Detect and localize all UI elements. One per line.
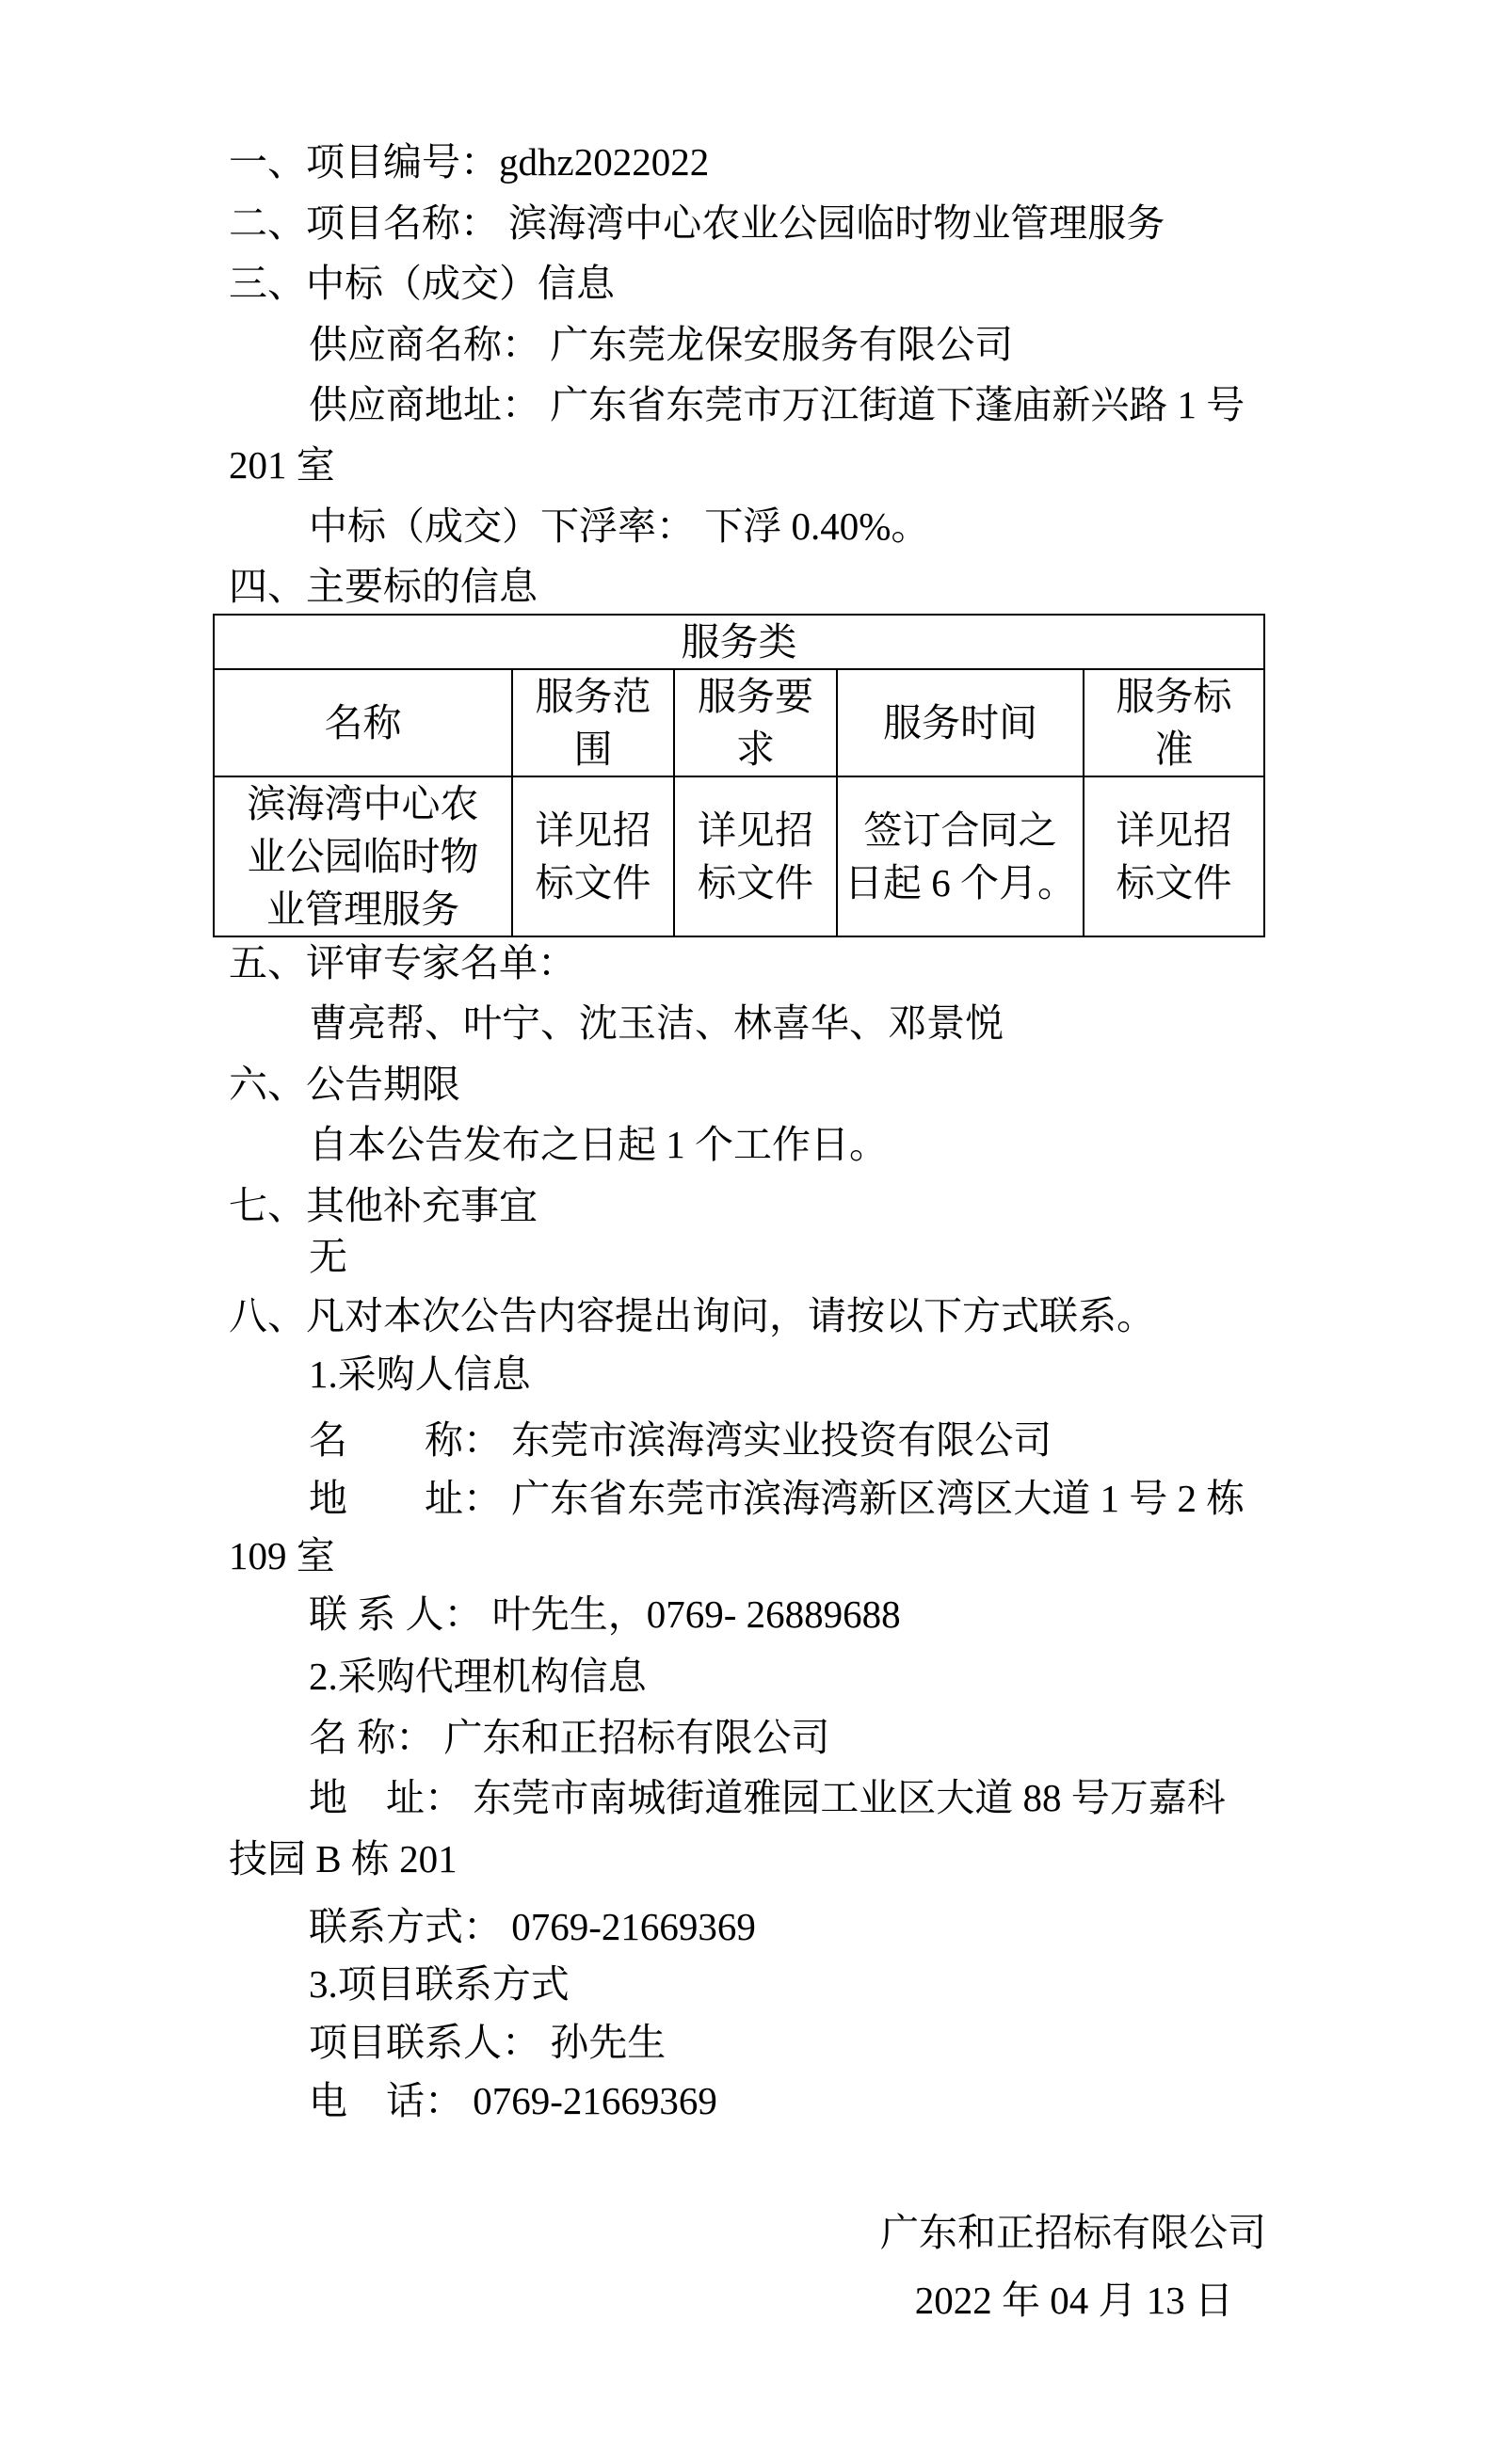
line-purchaser-address: 地 址： 广东省东莞市滨海湾新区湾区大道 1 号 2 栋 <box>309 1468 1245 1528</box>
line-award-info-heading: 三、中标（成交）信息 <box>229 253 615 313</box>
line-contact-intro: 八、凡对本次公告内容提出询问，请按以下方式联系。 <box>229 1286 1155 1346</box>
line-period-heading: 六、公告期限 <box>229 1054 460 1114</box>
col-header-name: 名称 <box>214 669 512 776</box>
line-discount-rate: 中标（成交）下浮率： 下浮 0.40%。 <box>309 496 929 556</box>
line-purchaser-heading: 1.采购人信息 <box>309 1344 531 1404</box>
line-agency-phone: 联系方式： 0769-21669369 <box>309 1896 756 1957</box>
line-agency-name: 名 称： 广东和正招标有限公司 <box>309 1707 830 1768</box>
line-project-number: 一、项目编号：gdhz2022022 <box>229 132 709 192</box>
col-header-scope: 服务范 围 <box>512 669 674 776</box>
footer-company: 广东和正招标有限公司 <box>880 2202 1266 2263</box>
cell-subject-name: 滨海湾中心农 业公园临时物 业管理服务 <box>214 776 512 936</box>
line-subject-info-heading: 四、主要标的信息 <box>229 556 538 616</box>
line-project-contact-person: 项目联系人： 孙先生 <box>309 2012 666 2072</box>
line-other-heading: 七、其他补充事宜 <box>229 1176 538 1236</box>
line-period-text: 自本公告发布之日起 1 个工作日。 <box>309 1114 888 1175</box>
line-purchaser-name: 名 称： 东莞市滨海湾实业投资有限公司 <box>309 1410 1052 1470</box>
col-header-standard: 服务标 准 <box>1084 669 1264 776</box>
line-supplier-name: 供应商名称： 广东莞龙保安服务有限公司 <box>309 314 1013 375</box>
line-other-text: 无 <box>309 1226 347 1287</box>
announcement-page: 一、项目编号：gdhz2022022 二、项目名称： 滨海湾中心农业公园临时物业… <box>0 0 1494 2464</box>
line-project-phone: 电 话： 0769-21669369 <box>309 2071 717 2131</box>
line-experts-names: 曹亮帮、叶宁、沈玉洁、林喜华、邓景悦 <box>309 993 1004 1053</box>
cell-service-scope: 详见招 标文件 <box>512 776 674 936</box>
cell-service-standard: 详见招 标文件 <box>1084 776 1264 936</box>
line-purchaser-address-cont: 109 室 <box>229 1526 335 1586</box>
cell-service-time: 签订合同之 日起 6 个月。 <box>837 776 1084 936</box>
table-row: 滨海湾中心农 业公园临时物 业管理服务 详见招 标文件 详见招 标文件 签订合同… <box>214 776 1264 936</box>
subject-info-table: 服务类 名称 服务范 围 服务要 求 服务时间 服务标 准 滨海湾中心农 业公园… <box>213 614 1265 937</box>
line-supplier-address: 供应商地址： 广东省东莞市万江街道下蓬庙新兴路 1 号 <box>309 375 1245 435</box>
table-category-header: 服务类 <box>214 615 1264 669</box>
line-purchaser-contact: 联 系 人： 叶先生，0769- 26889688 <box>309 1584 901 1644</box>
line-project-contact-heading: 3.项目联系方式 <box>309 1954 570 2014</box>
footer-date: 2022 年 04 月 13 日 <box>915 2270 1233 2330</box>
line-agency-address-cont: 技园 B 栋 201 <box>229 1829 458 1889</box>
col-header-time: 服务时间 <box>837 669 1084 776</box>
line-agency-address: 地 址： 东莞市南城街道雅园工业区大道 88 号万嘉科 <box>309 1768 1226 1828</box>
cell-service-require: 详见招 标文件 <box>674 776 837 936</box>
col-header-require: 服务要 求 <box>674 669 837 776</box>
line-project-name: 二、项目名称： 滨海湾中心农业公园临时物业管理服务 <box>229 193 1165 253</box>
line-agency-heading: 2.采购代理机构信息 <box>309 1646 647 1706</box>
line-experts-heading: 五、评审专家名单： <box>229 933 576 993</box>
line-supplier-address-cont: 201 室 <box>229 435 335 495</box>
